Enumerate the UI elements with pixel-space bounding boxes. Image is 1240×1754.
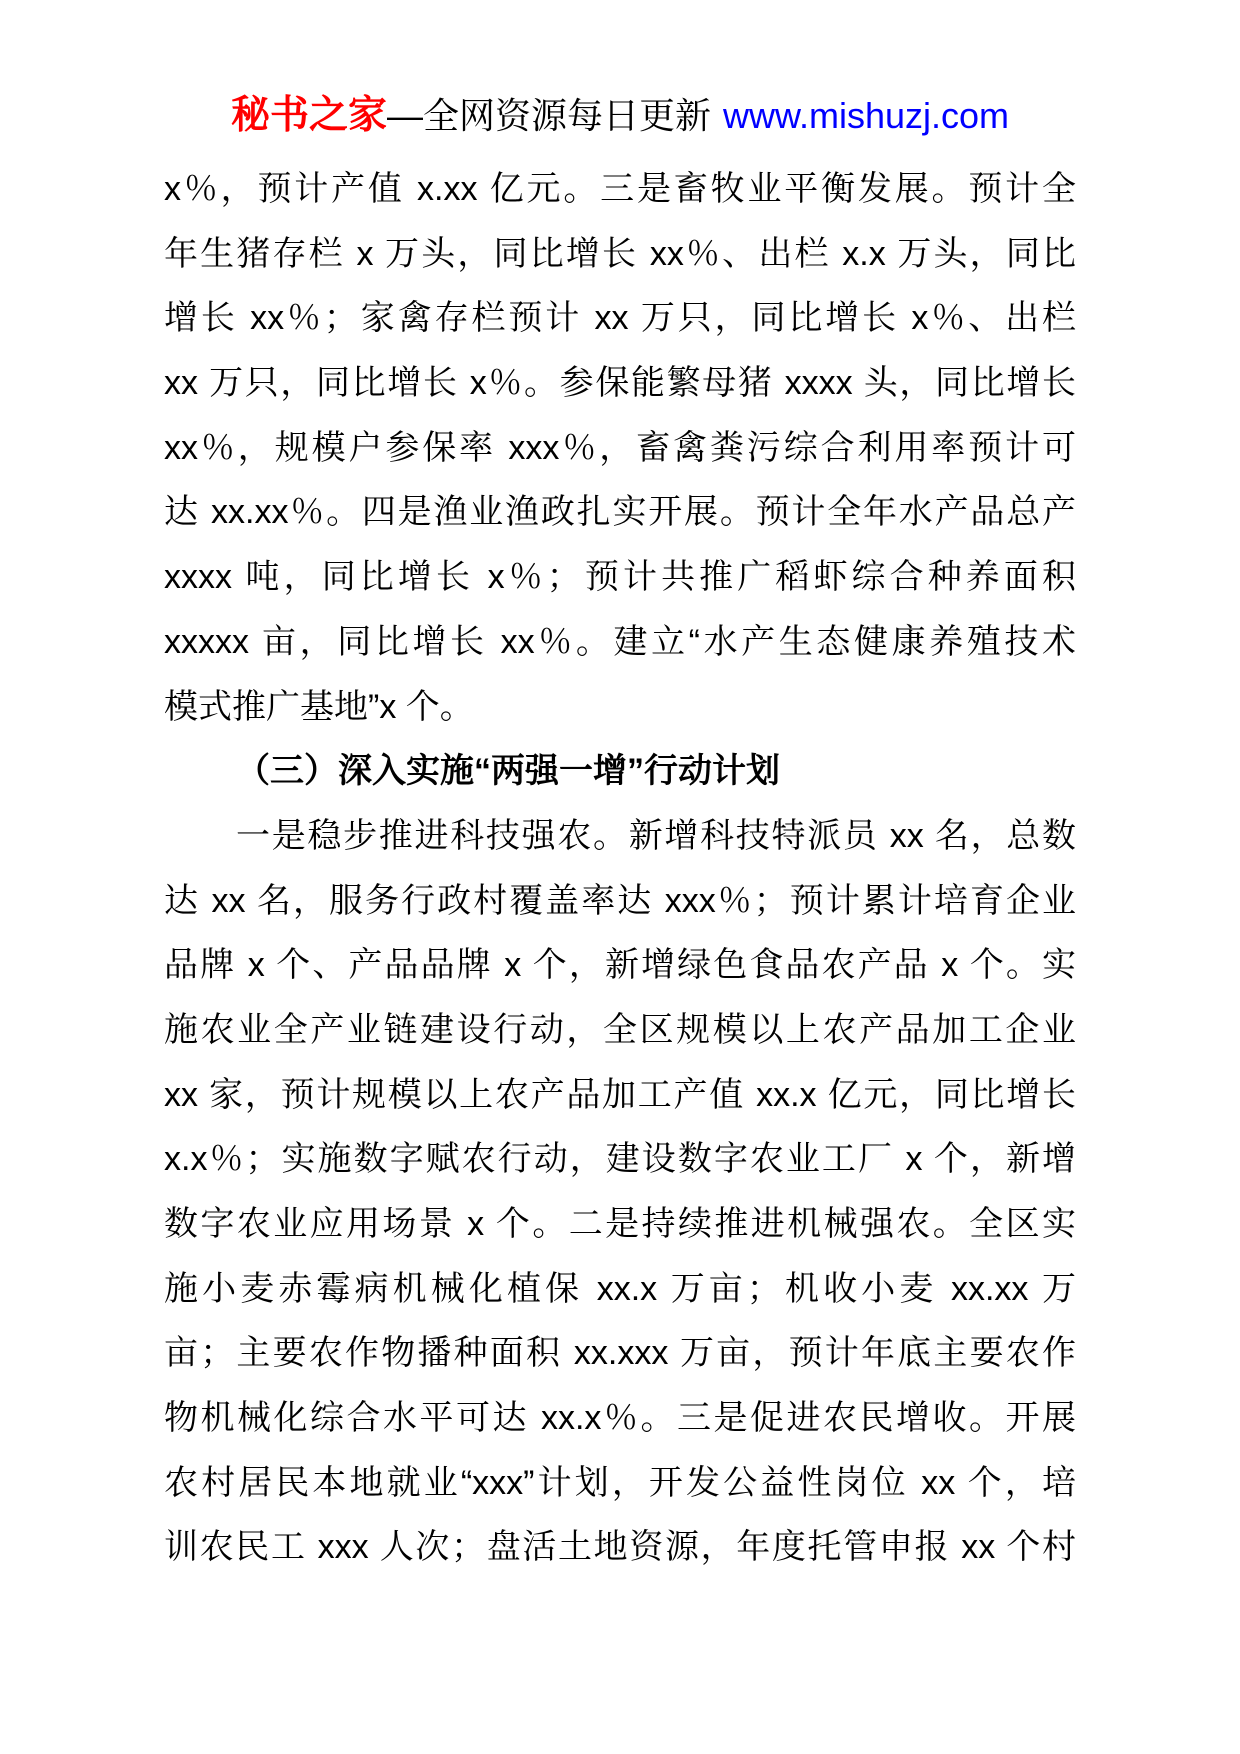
text-line: 达 xx.xx％。四是渔业渔政扎实开展。预计全年水产品总产 (164, 480, 1076, 545)
text-line: 模式推广基地”x 个。 (164, 675, 1076, 740)
separator-dash: — (387, 95, 423, 136)
text-line: 年生猪存栏 x 万头，同比增长 xx％、出栏 x.x 万头，同比 (164, 222, 1076, 287)
text-line: 训农民工 xxx 人次；盘活土地资源，年度托管申报 xx 个村 (164, 1515, 1076, 1580)
document-page: 秘书之家—全网资源每日更新www.mishuzj.com x％，预计产值 x.x… (0, 0, 1240, 1754)
site-name: 秘书之家 (231, 94, 387, 137)
text-line: x％，预计产值 x.xx 亿元。三是畜牧业平衡发展。预计全 (164, 157, 1076, 222)
text-line: 一是稳步推进科技强农。新增科技特派员 xx 名，总数 (164, 804, 1076, 869)
text-line: 亩；主要农作物播种面积 xx.xxx 万亩，预计年底主要农作 (164, 1321, 1076, 1386)
text-line: xx 家，预计规模以上农产品加工产值 xx.x 亿元，同比增长 (164, 1063, 1076, 1128)
text-line: 品牌 x 个、产品品牌 x 个，新增绿色食品农产品 x 个。实 (164, 933, 1076, 998)
text-line: xxxx 吨，同比增长 x％；预计共推广稻虾综合种养面积 (164, 545, 1076, 610)
text-line: 数字农业应用场景 x 个。二是持续推进机械强农。全区实 (164, 1192, 1076, 1257)
text-line: 施小麦赤霉病机械化植保 xx.x 万亩；机收小麦 xx.xx 万 (164, 1257, 1076, 1322)
document-body: x％，预计产值 x.xx 亿元。三是畜牧业平衡发展。预计全 年生猪存栏 x 万头… (164, 157, 1076, 1580)
text-line: 农村居民本地就业“xxx”计划，开发公益性岗位 xx 个，培 (164, 1451, 1076, 1516)
text-line: 施农业全产业链建设行动，全区规模以上农产品加工企业 (164, 998, 1076, 1063)
text-line: x.x％；实施数字赋农行动，建设数字农业工厂 x 个，新增 (164, 1127, 1076, 1192)
text-line: xxxxx 亩，同比增长 xx％。建立“水产生态健康养殖技术 (164, 610, 1076, 675)
page-header: 秘书之家—全网资源每日更新www.mishuzj.com (0, 92, 1240, 140)
text-line: xx％，规模户参保率 xxx％，畜禽粪污综合利用率预计可 (164, 416, 1076, 481)
site-url: www.mishuzj.com (723, 95, 1009, 136)
text-line: xx 万只，同比增长 x％。参保能繁母猪 xxxx 头，同比增长 (164, 351, 1076, 416)
section-heading: （三）深入实施“两强一增”行动计划 (164, 739, 1076, 804)
text-line: 达 xx 名，服务行政村覆盖率达 xxx％；预计累计培育企业 (164, 869, 1076, 934)
text-line: 物机械化综合水平可达 xx.x％。三是促进农民增收。开展 (164, 1386, 1076, 1451)
text-line: 增长 xx％；家禽存栏预计 xx 万只，同比增长 x％、出栏 (164, 286, 1076, 351)
site-tagline: 全网资源每日更新 (423, 95, 711, 136)
